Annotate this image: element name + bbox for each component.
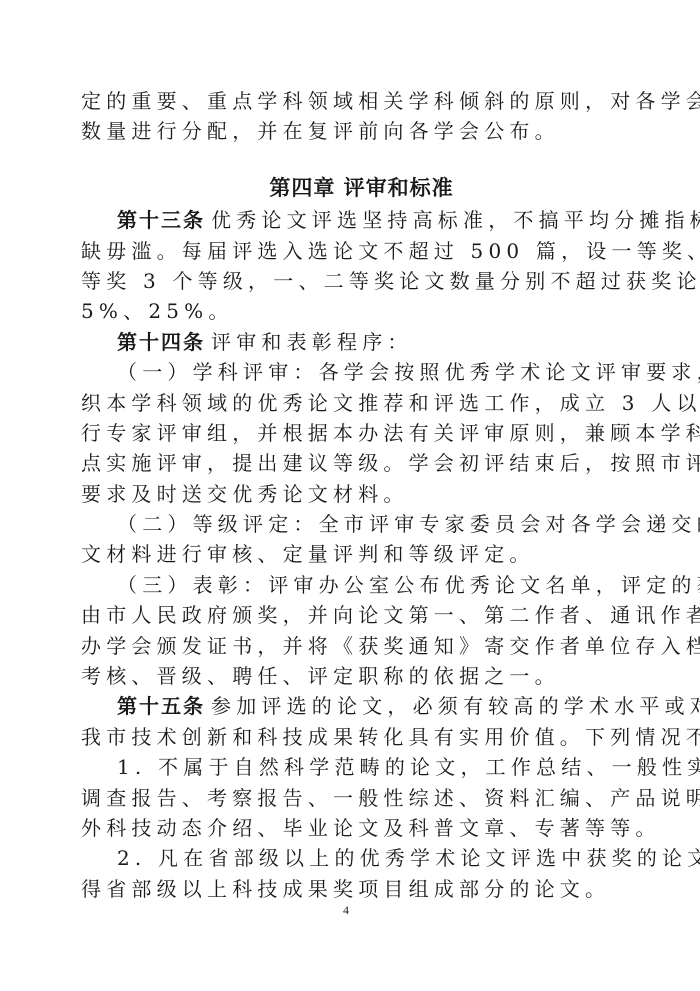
article-15-first-line: 第十五条参加评选的论文，必须有较高的学术水平或对推动 bbox=[81, 691, 626, 721]
paragraph-line: 行专家评审组，并根据本办法有关评审原则，兼顾本学科或专业特 bbox=[81, 418, 626, 448]
document-page: 定的重要、重点学科领域相关学科倾斜的原则，对各学会优秀论文 数量进行分配，并在复… bbox=[81, 86, 626, 904]
paragraph-line: 点实施评审，提出建议等级。学会初评结束后，按照市评审办公室 bbox=[81, 448, 626, 478]
page-number: 4 bbox=[343, 903, 349, 918]
paragraph-line: 1. 不属于自然科学范畴的论文，工作总结、一般性实验报告、 bbox=[81, 752, 626, 782]
paragraph-line: 5%、25%。 bbox=[81, 296, 626, 326]
paragraph-line: 考核、晋级、聘任、评定职称的依据之一。 bbox=[81, 661, 626, 691]
paragraph-line: 定的重要、重点学科领域相关学科倾斜的原则，对各学会优秀论文 bbox=[81, 86, 626, 116]
paragraph-line: 文材料进行审核、定量评判和等级评定。 bbox=[81, 539, 626, 569]
paragraph-line: （三）表彰：评审办公室公布优秀论文名单，评定的获奖论文 bbox=[81, 570, 626, 600]
chapter-heading: 第四章 评审和标准 bbox=[81, 173, 626, 203]
article-text: 参加评选的论文，必须有较高的学术水平或对推动 bbox=[211, 694, 700, 718]
article-label: 第十三条 bbox=[117, 208, 205, 232]
paragraph-line: 得省部级以上科技成果奖项目组成部分的论文。 bbox=[81, 874, 626, 904]
paragraph-line: （一）学科评审：各学会按照优秀学术论文评审要求，认真组 bbox=[81, 357, 626, 387]
article-13-first-line: 第十三条优秀论文评选坚持高标准，不搞平均分摊指标，宁 bbox=[81, 205, 626, 235]
paragraph-line: 调查报告、考察报告、一般性综述、资料汇编、产品说明书、国内 bbox=[81, 783, 626, 813]
paragraph-line: 办学会颁发证书，并将《获奖通知》寄交作者单位存入档案，作为 bbox=[81, 631, 626, 661]
article-text: 评审和表彰程序： bbox=[211, 330, 413, 354]
paragraph-line: 由市人民政府颁奖，并向论文第一、第二作者、通讯作者和优秀主 bbox=[81, 600, 626, 630]
paragraph-line: 数量进行分配，并在复评前向各学会公布。 bbox=[81, 116, 626, 146]
paragraph-line: 织本学科领域的优秀论文推荐和评选工作，成立 3 人以上的学科同 bbox=[81, 388, 626, 418]
paragraph-line: 等奖 3 个等级，一、二等奖论文数量分别不超过获奖论文总数的 bbox=[81, 266, 626, 296]
paragraph-line: 2. 凡在省部级以上的优秀学术论文评选中获奖的论文和已获 bbox=[81, 843, 626, 873]
paragraph-line: 要求及时送交优秀论文材料。 bbox=[81, 479, 626, 509]
paragraph-line: 外科技动态介绍、毕业论文及科普文章、专著等等。 bbox=[81, 813, 626, 843]
article-label: 第十四条 bbox=[117, 330, 205, 354]
article-text: 优秀论文评选坚持高标准，不搞平均分摊指标，宁 bbox=[211, 208, 700, 232]
article-label: 第十五条 bbox=[117, 694, 205, 718]
article-14-first-line: 第十四条评审和表彰程序： bbox=[81, 327, 626, 357]
paragraph-line: （二）等级评定：全市评审专家委员会对各学会递交的优秀论 bbox=[81, 509, 626, 539]
paragraph-line: 我市技术创新和科技成果转化具有实用价值。下列情况不能申报： bbox=[81, 722, 626, 752]
paragraph-line: 缺毋滥。每届评选入选论文不超过 500 篇，设一等奖、二等奖、三 bbox=[81, 236, 626, 266]
